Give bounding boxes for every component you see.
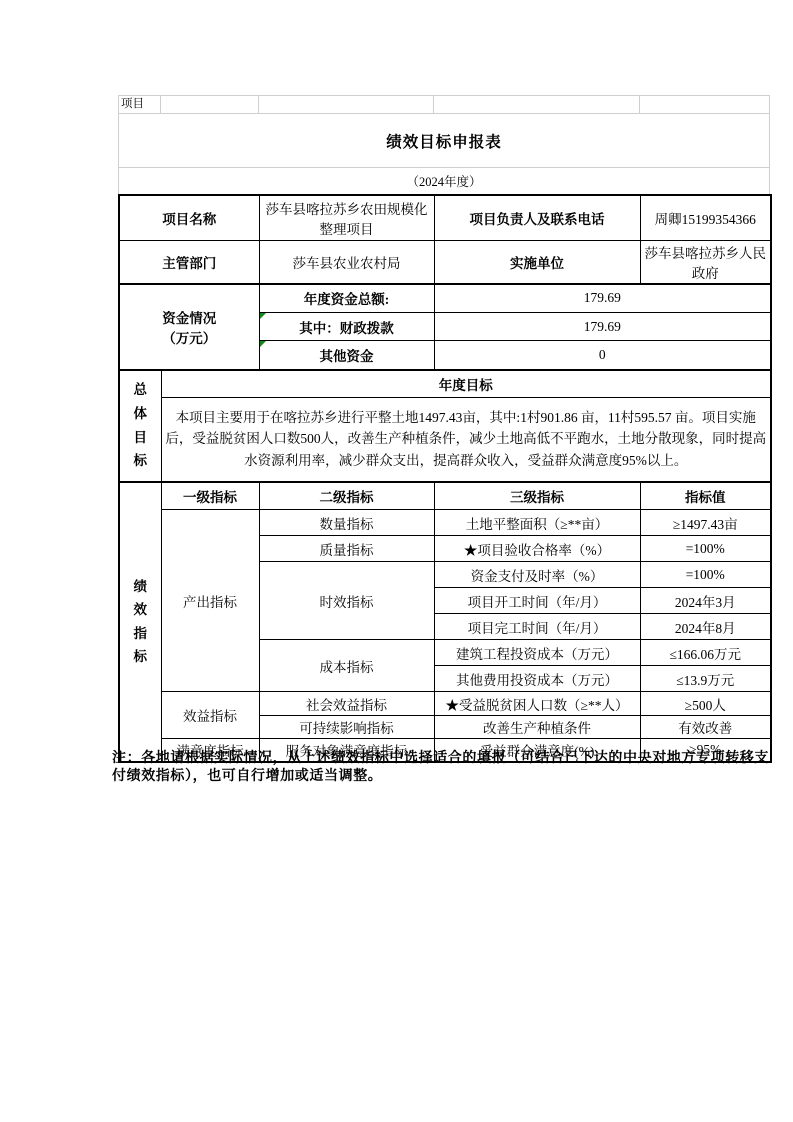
indicator-row: 效益指标 社会效益指标 ★受益脱贫困人口数（≥**人） ≥500人 (119, 692, 771, 716)
impl-label: 实施单位 (434, 240, 640, 284)
footer-note: 注：各地请根据实际情况，从上述绩效指标中选择适合的填报（可结合已下达的中央对地方… (112, 750, 778, 786)
funding-total-label: 年度资金总额: (259, 284, 434, 313)
annual-goal-body: 本项目主要用于在喀拉苏乡进行平整土地1497.43亩，其中:1村901.86 亩… (161, 398, 771, 482)
value-cell: ≤166.06万元 (640, 640, 771, 666)
page: 项目 绩效目标申报表 （2024年度） 项目名称 莎车县喀拉苏乡农田规模化整理项… (0, 0, 793, 1122)
level1-benefit: 效益指标 (161, 692, 259, 739)
value-cell: 2024年8月 (640, 614, 771, 640)
level3-cell: 改善生产种植条件 (434, 716, 640, 739)
value-cell: =100% (640, 562, 771, 588)
overall-goal-side-label: 总体目标 (119, 370, 161, 482)
header-level3: 三级指标 (434, 482, 640, 510)
header-value: 指标值 (640, 482, 771, 510)
funding-other-value: 0 (434, 341, 771, 370)
level2-timeliness: 时效指标 (259, 562, 434, 640)
table-row: 项目名称 莎车县喀拉苏乡农田规模化整理项目 项目负责人及联系电话 周卿15199… (119, 195, 771, 240)
level2-cell: 社会效益指标 (259, 692, 434, 716)
level2-cost: 成本指标 (259, 640, 434, 692)
value-cell: ≥1497.43亩 (640, 510, 771, 536)
table-row: 总体目标 年度目标 (119, 370, 771, 398)
funding-fiscal-label-text: 其中：财政拨款 (299, 321, 394, 336)
funding-fiscal-label: 其中：财政拨款 (259, 313, 434, 341)
empty-cell (433, 96, 639, 114)
level2-cell: 数量指标 (259, 510, 434, 536)
funding-total-value: 179.69 (434, 284, 771, 313)
level1-output: 产出指标 (161, 510, 259, 692)
form-sheet: 项目 绩效目标申报表 （2024年度） 项目名称 莎车县喀拉苏乡农田规模化整理项… (118, 95, 770, 763)
form-title: 绩效目标申报表 (118, 114, 770, 168)
value-cell: 有效改善 (640, 716, 771, 739)
funding-section-label: 资金情况 （万元） (119, 284, 259, 370)
table-row: 资金情况 （万元） 年度资金总额: 179.69 (119, 284, 771, 313)
level3-cell: 项目完工时间（年/月） (434, 614, 640, 640)
value-cell: ≥500人 (640, 692, 771, 716)
form-year: （2024年度） (118, 168, 770, 194)
value-cell: =100% (640, 536, 771, 562)
indicator-row: 产出指标 数量指标 土地平整面积（≥**亩） ≥1497.43亩 (119, 510, 771, 536)
declaration-table: 项目名称 莎车县喀拉苏乡农田规模化整理项目 项目负责人及联系电话 周卿15199… (118, 194, 772, 763)
level3-cell: ★项目验收合格率（%） (434, 536, 640, 562)
level3-cell: 项目开工时间（年/月） (434, 588, 640, 614)
empty-cell (160, 96, 258, 114)
comment-marker-icon (260, 341, 266, 347)
level3-cell: ★受益脱贫困人口数（≥**人） (434, 692, 640, 716)
impl-value: 莎车县喀拉苏乡人民政府 (640, 240, 771, 284)
header-level1: 一级指标 (161, 482, 259, 510)
manager-label: 项目负责人及联系电话 (434, 195, 640, 240)
header-level2: 二级指标 (259, 482, 434, 510)
value-cell: 2024年3月 (640, 588, 771, 614)
table-row: 绩效指标 一级指标 二级指标 三级指标 指标值 (119, 482, 771, 510)
annual-goal-header: 年度目标 (161, 370, 771, 398)
indicators-side-label: 绩效指标 (119, 482, 161, 763)
level2-cell: 质量指标 (259, 536, 434, 562)
table-row: 本项目主要用于在喀拉苏乡进行平整土地1497.43亩，其中:1村901.86 亩… (119, 398, 771, 482)
empty-cell (639, 96, 770, 114)
top-strip-row: 项目 (118, 95, 770, 114)
funding-other-label-text: 其他资金 (320, 349, 374, 364)
table-row: 主管部门 莎车县农业农村局 实施单位 莎车县喀拉苏乡人民政府 (119, 240, 771, 284)
project-name-value: 莎车县喀拉苏乡农田规模化整理项目 (259, 195, 434, 240)
comment-marker-icon (260, 313, 266, 319)
level3-cell: 其他费用投资成本（万元） (434, 666, 640, 692)
funding-fiscal-value: 179.69 (434, 313, 771, 341)
project-name-label: 项目名称 (119, 195, 259, 240)
level3-cell: 土地平整面积（≥**亩） (434, 510, 640, 536)
value-cell: ≤13.9万元 (640, 666, 771, 692)
dept-label: 主管部门 (119, 240, 259, 284)
dept-value: 莎车县农业农村局 (259, 240, 434, 284)
corner-cell: 项目 (118, 96, 160, 114)
level3-cell: 资金支付及时率（%） (434, 562, 640, 588)
level2-cell: 可持续影响指标 (259, 716, 434, 739)
level3-cell: 建筑工程投资成本（万元） (434, 640, 640, 666)
empty-cell (258, 96, 433, 114)
manager-value: 周卿15199354366 (640, 195, 771, 240)
funding-other-label: 其他资金 (259, 341, 434, 370)
